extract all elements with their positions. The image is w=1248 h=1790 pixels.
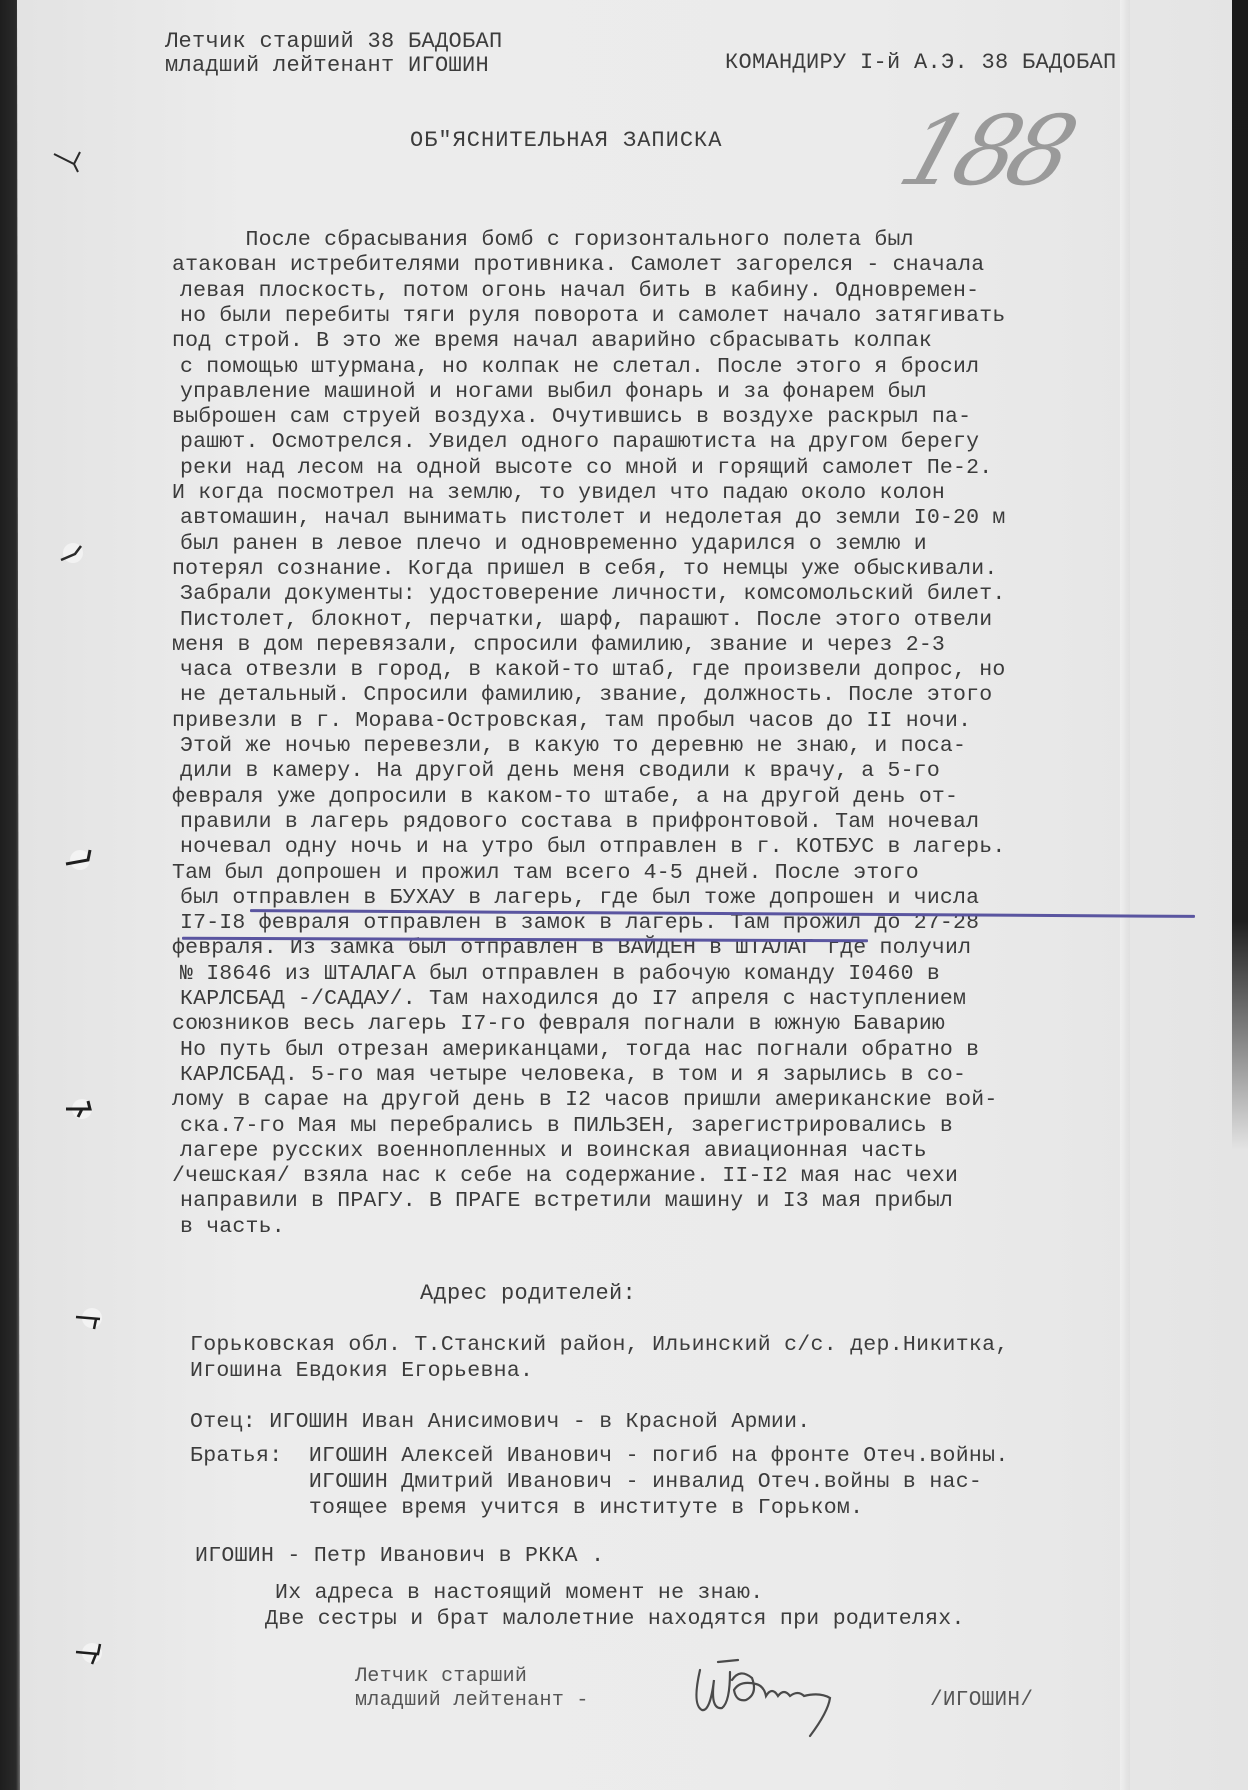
punch-hole-icon xyxy=(50,148,84,174)
body-line: привезли в г. Морава-Островская, там про… xyxy=(172,709,971,733)
signature-rank-line1: Летчик старший xyxy=(355,1665,527,1688)
body-line: ска.7-го Мая мы перебрались в ПИЛЬЗЕН, з… xyxy=(180,1114,953,1138)
body-line: с помощью штурмана, но колпак не слетал.… xyxy=(180,355,979,379)
body-line: но были перебиты тяги руля поворота и са… xyxy=(180,304,1005,328)
punch-hole-icon xyxy=(72,1640,106,1666)
scan-edge-right xyxy=(1232,0,1248,1150)
body-line: КАРЛСБАД. 5-го мая четыре человека, в то… xyxy=(180,1063,966,1087)
parents-address-line: Игошина Евдокия Егорьевна. xyxy=(190,1361,533,1383)
body-line: в часть. xyxy=(180,1215,285,1239)
body-line: реки над лесом на одной высоте со мной и… xyxy=(180,456,992,480)
body-line: Забрали документы: удостоверение личност… xyxy=(180,582,1005,606)
body-line: не детальный. Спросили фамилию, звание, … xyxy=(180,683,992,707)
body-line: Пистолет, блокнот, перчатки, шарф, параш… xyxy=(180,608,992,632)
brother-line: ИГОШИН Дмитрий Иванович - инвалид Отеч.в… xyxy=(190,1472,982,1494)
sender-line2: младший лейтенант ИГОШИН xyxy=(165,53,489,78)
body-line: меня в дом перевязали, спросили фамилию,… xyxy=(172,633,945,657)
body-line: был отправлен в БУХАУ в лагерь, где был … xyxy=(180,886,979,910)
punch-hole-icon xyxy=(62,848,96,874)
signature-rank-line2: младший лейтенант - xyxy=(355,1689,589,1712)
body-line: /чешская/ взяла нас к себе на содержание… xyxy=(172,1164,958,1188)
body-line: союзников весь лагерь I7-го февраля погн… xyxy=(172,1012,945,1036)
punch-hole-icon xyxy=(72,1305,106,1331)
paper-fold xyxy=(1120,0,1130,1790)
body-line: атакован истребителями противника. Самол… xyxy=(172,253,984,277)
body-line: февраля уже допросили в каком-то штабе, … xyxy=(172,785,958,809)
sender-line1: Летчик старший 38 БАДОБАП xyxy=(165,29,503,54)
body-line: лагере русских военнопленных и воинская … xyxy=(180,1139,927,1163)
body-line: автомашин, начал вынимать пистолет и нед… xyxy=(180,506,1005,530)
body-line: управление машиной и ногами выбил фонарь… xyxy=(180,380,927,404)
body-line: правили в лагерь рядового состава в приф… xyxy=(180,810,979,834)
body-line: часа отвезли в город, в какой-то штаб, г… xyxy=(180,658,1005,682)
signature-name: /ИГОШИН/ xyxy=(930,1690,1033,1711)
body-line: № I8646 из ШТАЛАГА был отправлен в рабоч… xyxy=(180,962,940,986)
body-line: выброшен сам струей воздуха. Очутившись … xyxy=(172,405,971,429)
body-line: После сбрасывания бомб с горизонтального… xyxy=(180,228,914,252)
parents-address-heading: Адрес родителей: xyxy=(420,1283,636,1305)
body-line: Этой же ночью перевезли, в какую то дере… xyxy=(180,734,966,758)
scan-edge-left xyxy=(0,0,20,1790)
handwritten-signature xyxy=(680,1650,860,1740)
body-line: Но путь был отрезан американцами, тогда … xyxy=(180,1038,979,1062)
body-line: направили в ПРАГУ. В ПРАГЕ встретили маш… xyxy=(180,1189,953,1213)
father-line: Отец: ИГОШИН Иван Анисимович - в Красной… xyxy=(190,1412,811,1434)
brother-line: тоящее время учится в институте в Горько… xyxy=(190,1498,863,1520)
note-line: Две сестры и брат малолетние находятся п… xyxy=(265,1609,965,1631)
body-line: КАРЛСБАД -/САДАУ/. Там находился до I7 а… xyxy=(180,987,966,1011)
body-line: потерял сознание. Когда пришел в себя, т… xyxy=(172,557,997,581)
brother-line: Братья: ИГОШИН Алексей Иванович - погиб … xyxy=(190,1446,1009,1468)
body-line: рашют. Осмотрелся. Увидел одного парашют… xyxy=(180,430,979,454)
body-line: Там был допрошен и прожил там всего 4-5 … xyxy=(172,861,919,885)
punch-hole-icon xyxy=(55,540,89,566)
body-line: И когда посмотрел на землю, то увидел чт… xyxy=(172,481,945,505)
body-line: левая плоскость, потом огонь начал бить … xyxy=(180,279,979,303)
recipient-line: КОМАНДИРУ I-й А.Э. 38 БАДОБАП xyxy=(725,52,1117,74)
parents-address-line: Горьковская обл. Т.Станский район, Ильин… xyxy=(190,1335,1009,1357)
body-line: ночевал одну ночь и на утро был отправле… xyxy=(180,835,1005,859)
signature-rank: Летчик старший младший лейтенант - xyxy=(355,1665,589,1713)
punch-hole-icon xyxy=(62,1097,96,1123)
sender-block: Летчик старший 38 БАДОБАП младший лейтен… xyxy=(165,30,503,78)
document-title: ОБ"ЯСНИТЕЛЬНАЯ ЗАПИСКА xyxy=(410,130,722,152)
body-line: лому в сарае на другой день в I2 часов п… xyxy=(172,1088,997,1112)
note-line: Их адреса в настоящий момент не знаю. xyxy=(275,1583,763,1605)
brother-petr-line: ИГОШИН - Петр Иванович в РККА . xyxy=(195,1546,604,1568)
body-line: был ранен в левое плечо и одновременно у… xyxy=(180,532,927,556)
body-line: дили в камеру. На другой день меня своди… xyxy=(180,759,940,783)
body-line: под строй. В это же время начал аварийно… xyxy=(172,329,932,353)
